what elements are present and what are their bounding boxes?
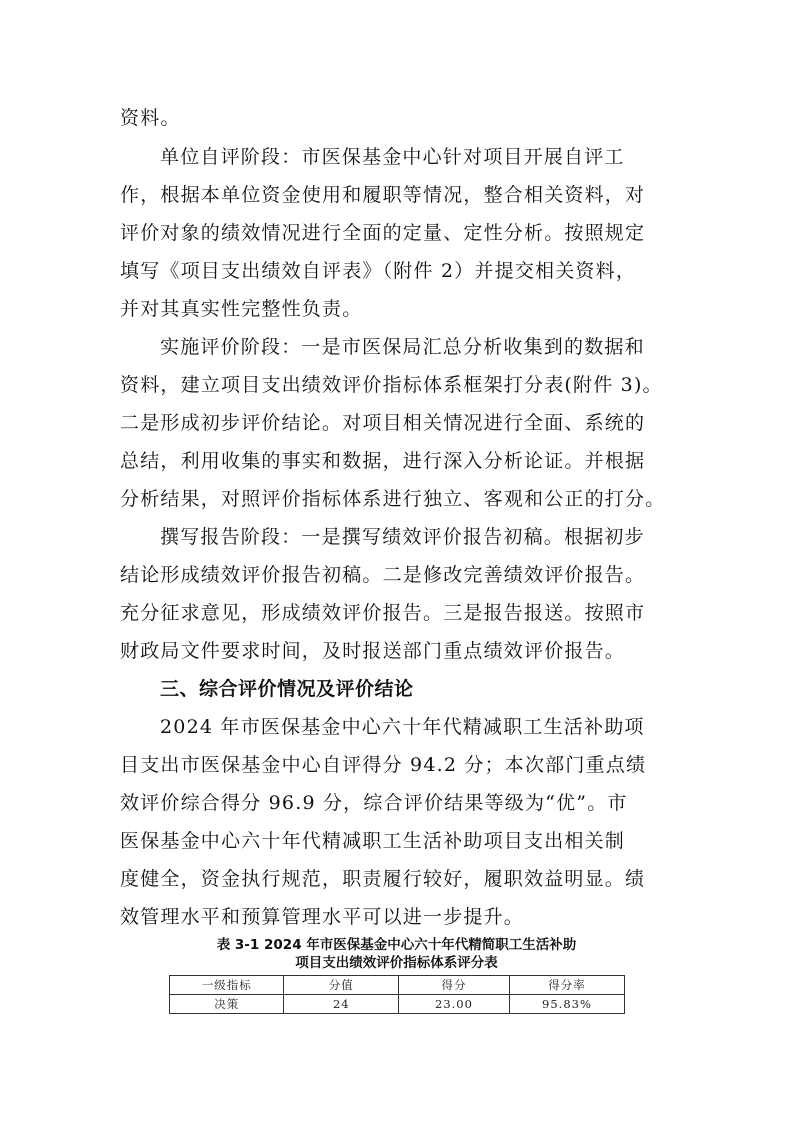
paragraph-line: 分析结果，对照评价指标体系进行独立、客观和公正的打分。 [120, 488, 680, 510]
table-row: 决策 24 23.00 95.83% [170, 995, 625, 1014]
paragraph-line: 填写《项目支出绩效自评表》（附件 2）并提交相关资料， [120, 260, 680, 282]
cell: 决策 [170, 995, 284, 1014]
paragraph-line: 评价对象的绩效情况进行全面的定量、定性分析。按照规定 [120, 222, 680, 244]
paragraph-line: 单位自评阶段：市医保基金中心针对项目开展自评工 [160, 146, 680, 168]
paragraph-line: 充分征求意见，形成绩效评价报告。三是报告报送。按照市 [120, 602, 680, 624]
cell: 23.00 [399, 995, 510, 1014]
paragraph-line: 财政局文件要求时间，及时报送部门重点绩效评价报告。 [120, 640, 680, 662]
conclusion-line: 效评价综合得分 96.9 分，综合评价结果等级为“优”。市 [120, 792, 680, 814]
paragraph-line: 撰写报告阶段：一是撰写绩效评价报告初稿。根据初步 [160, 526, 680, 548]
paragraph-line: 结论形成绩效评价报告初稿。二是修改完善绩效评价报告。 [120, 564, 680, 586]
cell: 95.83% [509, 995, 624, 1014]
paragraph-line: 总结，利用收集的事实和数据，进行深入分析论证。并根据 [120, 450, 680, 472]
header-cell: 一级指标 [170, 976, 284, 995]
header-cell: 分值 [284, 976, 399, 995]
table-header-row: 一级指标 分值 得分 得分率 [170, 976, 625, 995]
paragraph-line: 二是形成初步评价结论。对项目相关情况进行全面、系统的 [120, 412, 680, 434]
header-cell: 得分率 [509, 976, 624, 995]
conclusion-line: 2024 年市医保基金中心六十年代精减职工生活补助项 [160, 716, 680, 738]
paragraph-line: 资料，建立项目支出绩效评价指标体系框架打分表(附件 3)。 [120, 374, 680, 396]
score-table: 一级指标 分值 得分 得分率 决策 24 23.00 95.83% [169, 975, 625, 1014]
paragraph-line: 作，根据本单位资金使用和履职等情况，整合相关资料，对 [120, 184, 680, 206]
paragraph-line: 实施评价阶段：一是市医保局汇总分析收集到的数据和 [160, 336, 680, 358]
cell: 24 [284, 995, 399, 1014]
section-heading: 三、综合评价情况及评价结论 [160, 678, 680, 700]
paragraph-line: 并对其真实性完整性负责。 [120, 298, 680, 320]
conclusion-line: 度健全，资金执行规范，职责履行较好，履职效益明显。绩 [120, 868, 680, 890]
conclusion-line: 医保基金中心六十年代精减职工生活补助项目支出相关制 [120, 830, 680, 852]
table-caption-line1: 表 3-1 2024 年市医保基金中心六十年代精简职工生活补助 [0, 937, 793, 954]
paragraph-line: 资料。 [120, 107, 680, 129]
header-cell: 得分 [399, 976, 510, 995]
conclusion-line: 效管理水平和预算管理水平可以进一步提升。 [120, 906, 680, 928]
table-caption-line2: 项目支出绩效评价指标体系评分表 [0, 955, 793, 972]
conclusion-line: 目支出市医保基金中心自评得分 94.2 分；本次部门重点绩 [120, 754, 680, 776]
